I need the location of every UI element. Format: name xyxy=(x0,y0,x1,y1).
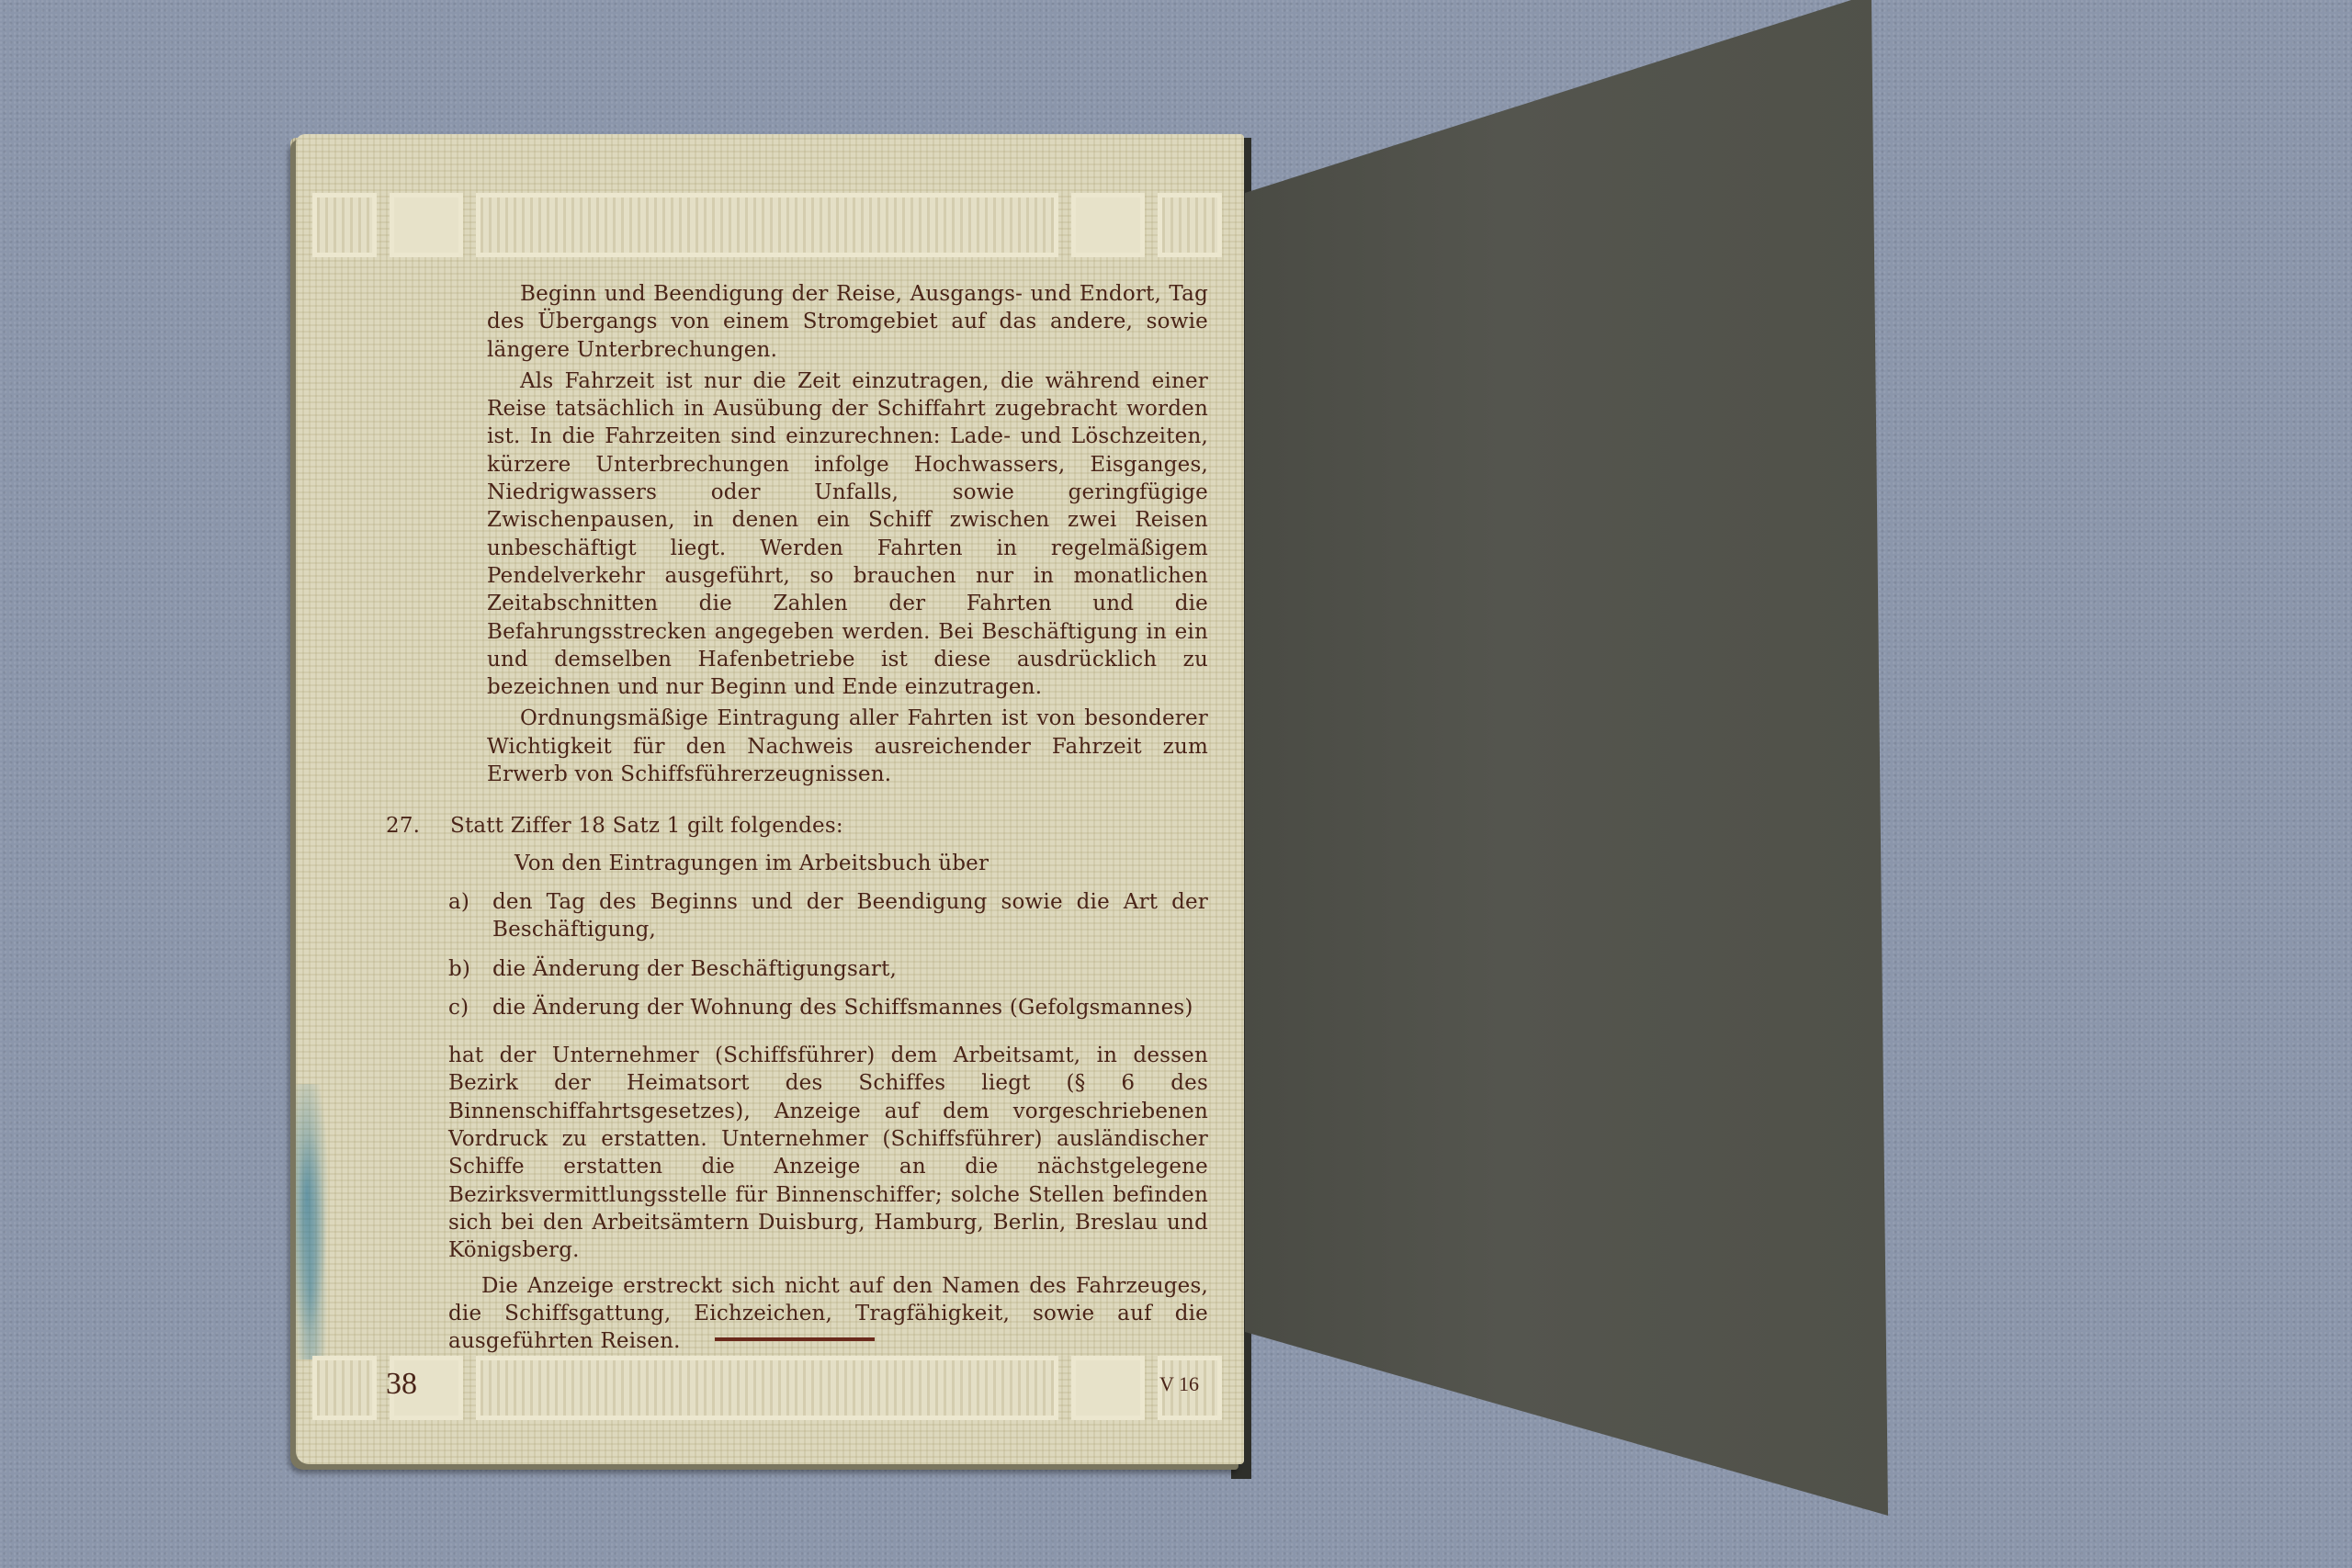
list-item-b: b) die Änderung der Beschäftigungsart, xyxy=(448,955,1208,983)
bottom-ornamental-border xyxy=(312,1356,1222,1420)
paragraph-travel-time: Als Fahrzeit ist nur die Zeit einzutrage… xyxy=(487,367,1208,702)
border-block xyxy=(312,1356,377,1420)
section-27-intro: Von den Eintragungen im Arbeitsbuch über xyxy=(514,850,1208,877)
list-label: c) xyxy=(448,994,478,1021)
section-heading-text: Statt Ziffer 18 Satz 1 gilt folgendes: xyxy=(450,812,843,840)
list-text: den Tag des Beginns und der Beendigung s… xyxy=(492,888,1208,944)
booklet-back-cover xyxy=(1245,0,1888,1568)
list-label: a) xyxy=(448,888,478,944)
list-item-c: c) die Änderung der Wohnung des Schiffsm… xyxy=(448,994,1208,1021)
list-text: die Änderung der Wohnung des Schiffsmann… xyxy=(492,994,1208,1021)
signature-mark: V 16 xyxy=(1159,1372,1199,1396)
border-panel xyxy=(476,1356,1058,1420)
page-number: 38 xyxy=(386,1367,417,1402)
section-27-closing: Die Anzeige erstreckt sich nicht auf den… xyxy=(448,1272,1208,1356)
paragraph-proper-entry: Ordnungsmäßige Eintragung aller Fahrten … xyxy=(487,705,1208,788)
section-27-continuation: hat der Unternehmer (Schiffsführer) dem … xyxy=(448,1042,1208,1264)
list-text: die Änderung der Beschäftigungsart, xyxy=(492,955,1208,983)
ink-stain xyxy=(296,1084,333,1359)
section-number: 27. xyxy=(386,812,434,840)
border-panel xyxy=(476,193,1058,257)
border-block xyxy=(1158,193,1222,257)
border-corner-ornament xyxy=(1071,193,1145,257)
end-rule xyxy=(715,1337,875,1341)
list-label: b) xyxy=(448,955,478,983)
section-27-heading: 27. Statt Ziffer 18 Satz 1 gilt folgende… xyxy=(386,812,1208,840)
border-corner-ornament xyxy=(1071,1356,1145,1420)
border-corner-ornament xyxy=(390,193,463,257)
page-body-text: Beginn und Beendigung der Reise, Ausgang… xyxy=(386,280,1208,1355)
border-block xyxy=(312,193,377,257)
paragraph-travel-entries: Beginn und Beendigung der Reise, Ausgang… xyxy=(487,280,1208,364)
list-item-a: a) den Tag des Beginns und der Beendigun… xyxy=(448,888,1208,944)
top-ornamental-border xyxy=(312,193,1222,257)
